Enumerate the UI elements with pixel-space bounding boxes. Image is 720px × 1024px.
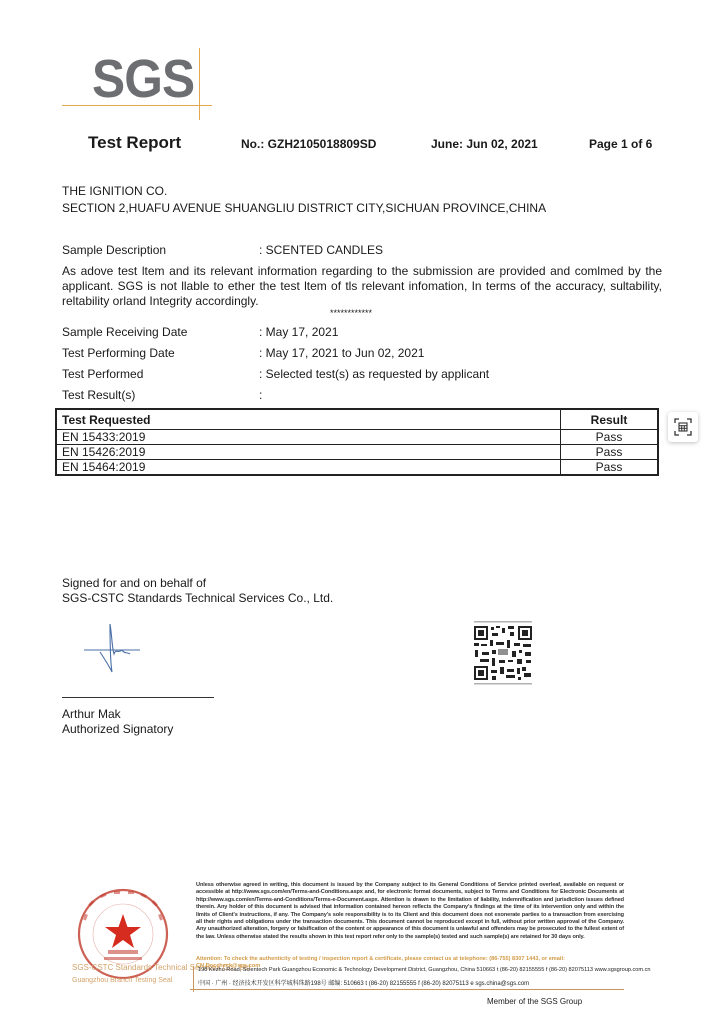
terms-fine-print: Unless otherwise agreed in writing, this… [196, 882, 624, 941]
table-header-row: Test Requested Result [56, 409, 658, 430]
test-result: Pass [561, 460, 659, 476]
stamp-caption-branch: Guangzhou Branch Testing Seal [72, 977, 172, 984]
sgs-logo: SGS [62, 48, 214, 120]
member-of-group: Member of the SGS Group [487, 997, 582, 1006]
column-header-test-requested: Test Requested [56, 409, 561, 430]
test-result: Pass [561, 430, 659, 445]
signed-for-label: Signed for and on behalf of [62, 576, 206, 591]
handwritten-signature [82, 620, 142, 676]
footer-horizontal-rule [190, 989, 624, 990]
verification-qr-code[interactable] [472, 620, 534, 686]
signing-organization: SGS-CSTC Standards Technical Services Co… [62, 591, 333, 606]
table-scan-icon [674, 418, 692, 436]
table-row: EN 15433:2019 Pass [56, 430, 658, 445]
disclaimer-paragraph: As adove test ltem and its relevant info… [62, 264, 662, 309]
field-label-performing-date: Test Performing Date [62, 346, 175, 360]
logo-horizontal-rule [62, 105, 212, 106]
report-number: No.: GZH2105018809SD [241, 137, 376, 151]
page-indicator: Page 1 of 6 [589, 137, 652, 151]
applicant-address: SECTION 2,HUAFU AVENUE SHUANGLIU DISTRIC… [62, 201, 546, 216]
column-header-result: Result [561, 409, 659, 430]
test-name: EN 15464:2019 [56, 460, 561, 476]
table-extract-button[interactable] [668, 412, 698, 442]
field-value-performing-date: : May 17, 2021 to Jun 02, 2021 [259, 346, 424, 360]
report-title: Test Report [88, 133, 181, 153]
separator-asterisks: ************ [330, 308, 372, 318]
test-name: EN 15433:2019 [56, 430, 561, 445]
report-date: June: Jun 02, 2021 [431, 137, 538, 151]
logo-vertical-rule [199, 48, 200, 120]
field-label-test-performed: Test Performed [62, 367, 143, 381]
field-value-test-performed: : Selected test(s) as requested by appli… [259, 367, 489, 381]
table-row: EN 15464:2019 Pass [56, 460, 658, 476]
signature-line [62, 697, 214, 698]
applicant-company: THE IGNITION CO. [62, 184, 167, 199]
test-result: Pass [561, 445, 659, 460]
signatory-name: Arthur Mak [62, 707, 121, 722]
footer-address-chinese: 中国 · 广州 · 经济技术开发区科学城科珠路198号 邮编: 510663 t… [198, 978, 529, 987]
logo-text: SGS [92, 48, 194, 110]
field-value-receiving-date: : May 17, 2021 [259, 325, 338, 339]
test-name: EN 15426:2019 [56, 445, 561, 460]
sample-description-value: : SCENTED CANDLES [259, 243, 383, 257]
field-value-test-results: : [259, 388, 262, 402]
table-row: EN 15426:2019 Pass [56, 445, 658, 460]
results-table: Test Requested Result EN 15433:2019 Pass… [55, 408, 659, 476]
footer-address-english: 198 Kezhu Road, Scientech Park Guangzhou… [198, 967, 651, 973]
field-label-receiving-date: Sample Receiving Date [62, 325, 187, 339]
signatory-role: Authorized Signatory [62, 722, 173, 737]
official-seal-stamp [68, 882, 178, 992]
sample-description-label: Sample Description [62, 243, 166, 257]
field-label-test-results: Test Result(s) [62, 388, 135, 402]
